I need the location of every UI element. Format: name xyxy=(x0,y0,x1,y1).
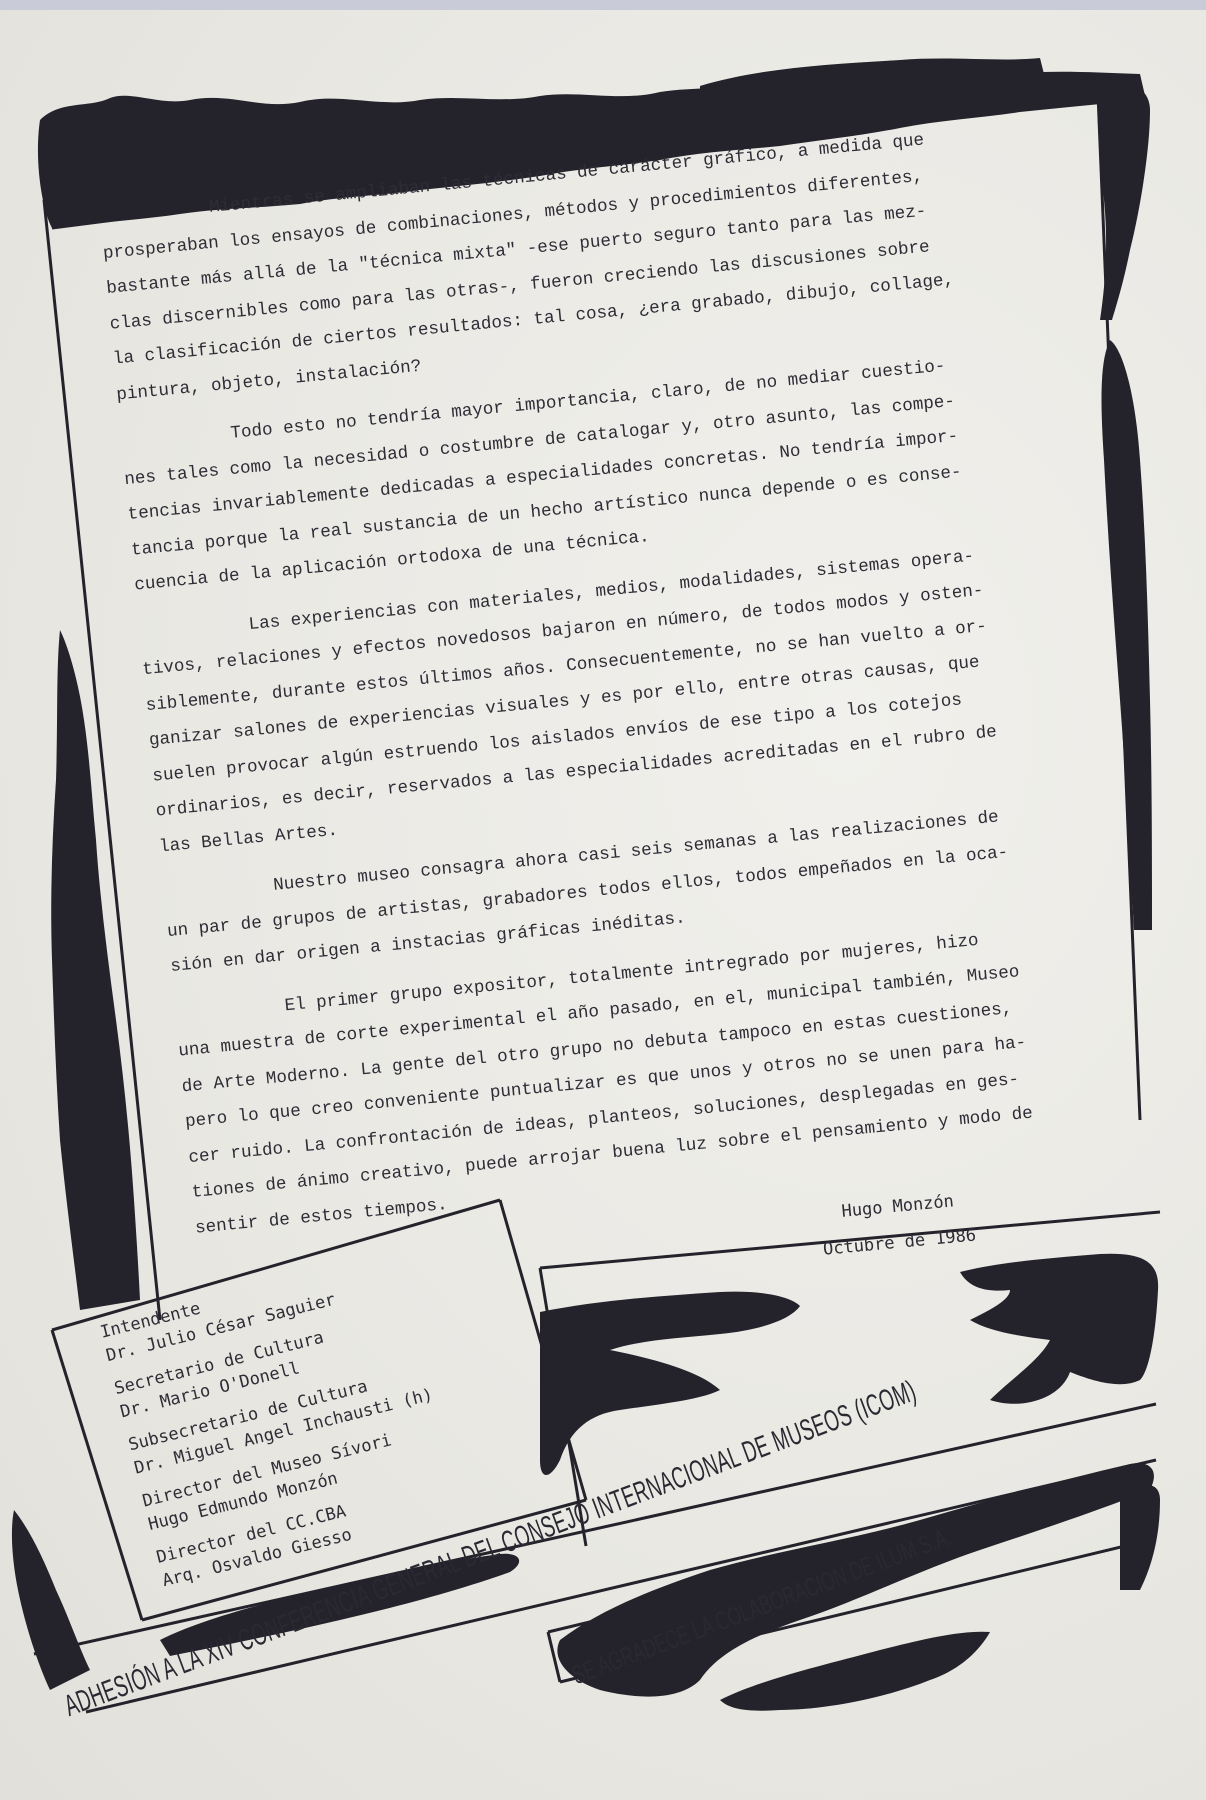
essay-body: Mientras se ampliaban las técnicas de ca… xyxy=(98,107,1194,1260)
signature-author: Hugo Monzón xyxy=(841,1191,955,1222)
signature-block: Hugo Monzón Octubre de 1986 xyxy=(840,1182,978,1266)
essay-frame: Mientras se ampliaban las técnicas de ca… xyxy=(44,0,1196,1241)
